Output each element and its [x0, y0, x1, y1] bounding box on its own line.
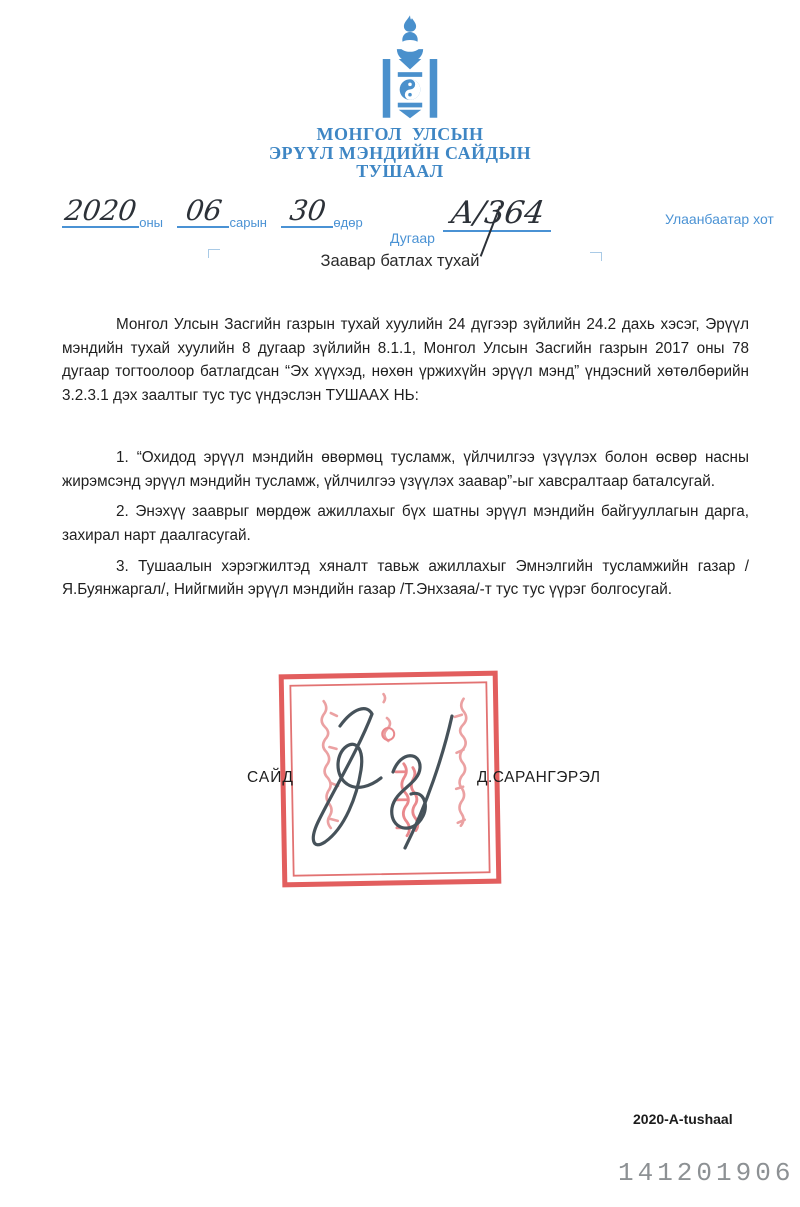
document-title: Заавар батлах тухай	[0, 252, 800, 271]
document-reference: 2020-A-tushaal	[633, 1111, 733, 1127]
document-body: Монгол Улсын Засгийн газрын тухай хуулий…	[62, 313, 749, 609]
letterhead: МОНГОЛ УЛСЫН ЭРҮҮЛ МЭНДИЙН САЙДЫН ТУШААЛ	[0, 125, 800, 181]
order-item-1: 1. “Охидод эрүүл мэндийн өвөрмөц тусламж…	[62, 446, 749, 493]
year-slot: 2020	[62, 196, 139, 228]
day-suffix: өдөр	[333, 215, 362, 230]
soyombo-emblem-icon	[379, 14, 441, 120]
signer-name-label: Д.САРАНГЭРЭЛ	[477, 769, 601, 787]
minister-signature	[295, 688, 470, 868]
order-item-2: 2. Энэхүү зааврыг мөрдөж ажиллахыг бүх ш…	[62, 500, 749, 547]
scanned-order-document: МОНГОЛ УЛСЫН ЭРҮҮЛ МЭНДИЙН САЙДЫН ТУШААЛ…	[0, 0, 800, 1207]
letterhead-line3: ТУШААЛ	[0, 162, 800, 181]
handwritten-year: 2020	[63, 196, 138, 226]
handwritten-day: 30	[287, 196, 327, 226]
serial-number-stamp: 141201906	[618, 1158, 794, 1188]
handwritten-month: 06	[184, 196, 224, 226]
month-slot: 06	[177, 196, 229, 228]
date-line: 2020оны 06сарын 30өдөр	[62, 196, 373, 236]
letterhead-line2: ЭРҮҮЛ МЭНДИЙН САЙДЫН	[0, 144, 800, 163]
number-label: Дугаар	[390, 230, 435, 246]
letterhead-line1: МОНГОЛ УЛСЫН	[0, 125, 800, 144]
year-suffix: оны	[139, 215, 163, 230]
signer-role-label: САЙД	[247, 769, 294, 787]
day-slot: 30	[281, 196, 333, 228]
city-label: Улаанбаатар хот	[665, 211, 774, 227]
preamble-paragraph: Монгол Улсын Засгийн газрын тухай хуулий…	[62, 313, 749, 408]
month-suffix: сарын	[229, 215, 266, 230]
document-number: Дугаар А/364	[390, 196, 551, 232]
order-item-3: 3. Тушаалын хэрэгжилтэд хяналт тавьж ажи…	[62, 555, 749, 602]
